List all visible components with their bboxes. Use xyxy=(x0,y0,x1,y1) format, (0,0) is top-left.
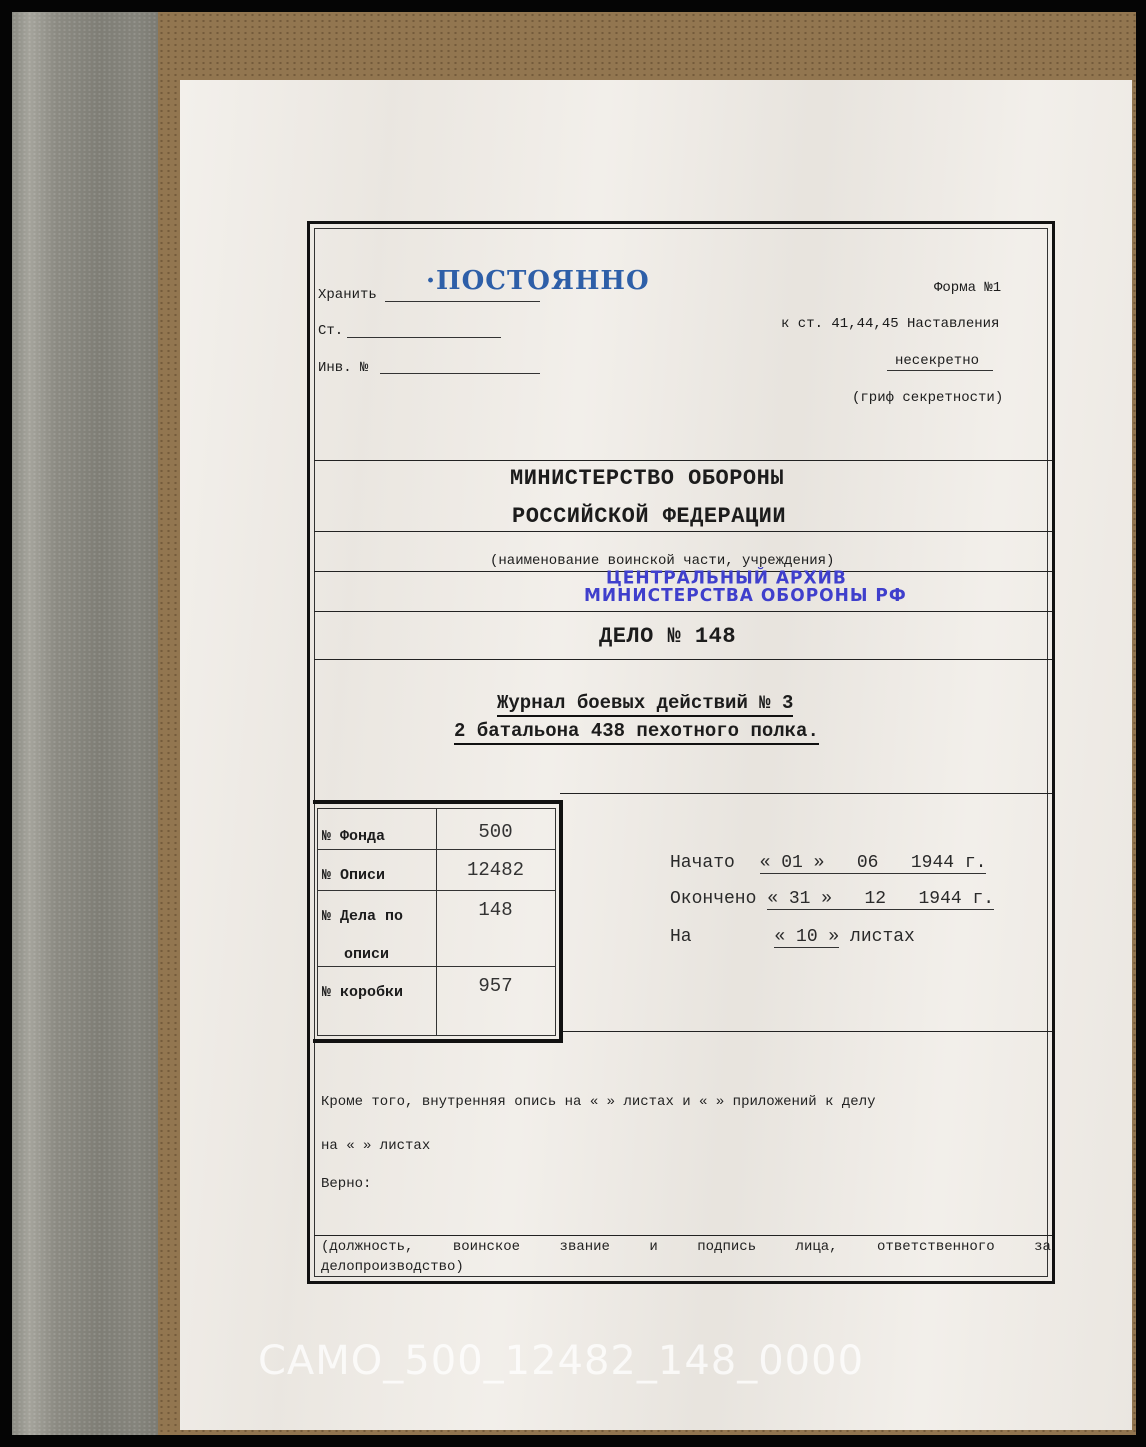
table-row: № Описи 12482 xyxy=(318,850,555,891)
row-label: № Дела по xyxy=(322,908,403,925)
row-value: 12482 xyxy=(436,859,555,881)
keep-underline xyxy=(385,301,540,302)
ministry-line1: МИНИСТЕРСТВО ОБОРОНЫ xyxy=(510,466,784,491)
sheets-count: « 10 » xyxy=(774,927,839,948)
archive-stamp-line2: МИНИСТЕРСТВА ОБОРОНЫ РФ xyxy=(584,586,907,607)
secrecy-caption: (гриф секретности) xyxy=(852,390,1003,406)
started-label: Начато xyxy=(670,853,735,873)
case-description-line1: Журнал боевых действий № 3 xyxy=(497,692,793,714)
keep-stamp: ·ПОСТОЯННО xyxy=(426,266,650,296)
table-row: № Фонда 500 xyxy=(318,809,555,850)
divider xyxy=(314,460,1052,461)
verified-label: Верно: xyxy=(321,1176,371,1192)
row-value: 148 xyxy=(436,899,555,921)
form-frame xyxy=(307,221,1055,1284)
st-underline xyxy=(347,337,501,338)
inv-underline xyxy=(380,373,540,374)
divider xyxy=(314,531,1052,532)
sheets-line: на « » листах xyxy=(321,1138,430,1154)
divider xyxy=(314,611,1052,612)
sheets-row: На « 10 » листах xyxy=(670,927,915,947)
ended-label: Окончено xyxy=(670,889,756,909)
started-row: Начато « 01 » 06 1944 г. xyxy=(670,853,986,873)
row-value: 957 xyxy=(436,975,555,997)
row-label: № Фонда xyxy=(322,828,385,845)
article-ref: к ст. 41,44,45 Наставления xyxy=(781,316,999,332)
st-label: Ст. xyxy=(318,323,343,339)
signature-caption-continued: делопроизводство) xyxy=(321,1259,464,1275)
divider xyxy=(314,1235,1052,1236)
archive-table-inner: № Фонда 500 № Описи 12482 № Дела по опис… xyxy=(317,808,556,1036)
divider xyxy=(314,659,1052,660)
keep-label: Хранить xyxy=(318,287,377,303)
table-row: № Дела по описи 148 xyxy=(318,891,555,967)
inv-label: Инв. № xyxy=(318,360,368,376)
archive-table: № Фонда 500 № Описи 12482 № Дела по опис… xyxy=(313,800,563,1043)
form-number: Форма №1 xyxy=(934,280,1001,296)
divider xyxy=(560,793,1052,794)
signature-caption: (должность, воинское звание и подпись ли… xyxy=(321,1239,1051,1255)
sheets-label: На xyxy=(670,927,692,947)
ended-date: « 31 » 12 1944 г. xyxy=(767,889,994,910)
row-label: № коробки xyxy=(322,984,403,1001)
archive-watermark: CAMO_500_12482_148_0000 xyxy=(258,1338,864,1384)
ended-row: Окончено « 31 » 12 1944 г. xyxy=(670,889,994,909)
row-value: 500 xyxy=(436,821,555,843)
folder-spine xyxy=(12,12,158,1435)
form-inner-border xyxy=(314,228,1048,1277)
divider xyxy=(563,1031,1052,1032)
row-label: № Описи xyxy=(322,867,385,884)
case-description-line2: 2 батальона 438 пехотного полка. xyxy=(454,720,819,742)
row-label-continued: описи xyxy=(344,946,389,963)
secrecy-underline xyxy=(887,370,993,371)
case-title: ДЕЛО № 148 xyxy=(599,624,736,649)
started-date: « 01 » 06 1944 г. xyxy=(760,853,987,874)
ministry-line2: РОССИЙСКОЙ ФЕДЕРАЦИИ xyxy=(512,504,786,529)
table-row: № коробки 957 xyxy=(318,967,555,1041)
secrecy-value: несекретно xyxy=(895,353,979,369)
sheets-suffix: листах xyxy=(850,927,915,947)
inventory-line: Кроме того, внутренняя опись на « » лист… xyxy=(321,1094,876,1110)
